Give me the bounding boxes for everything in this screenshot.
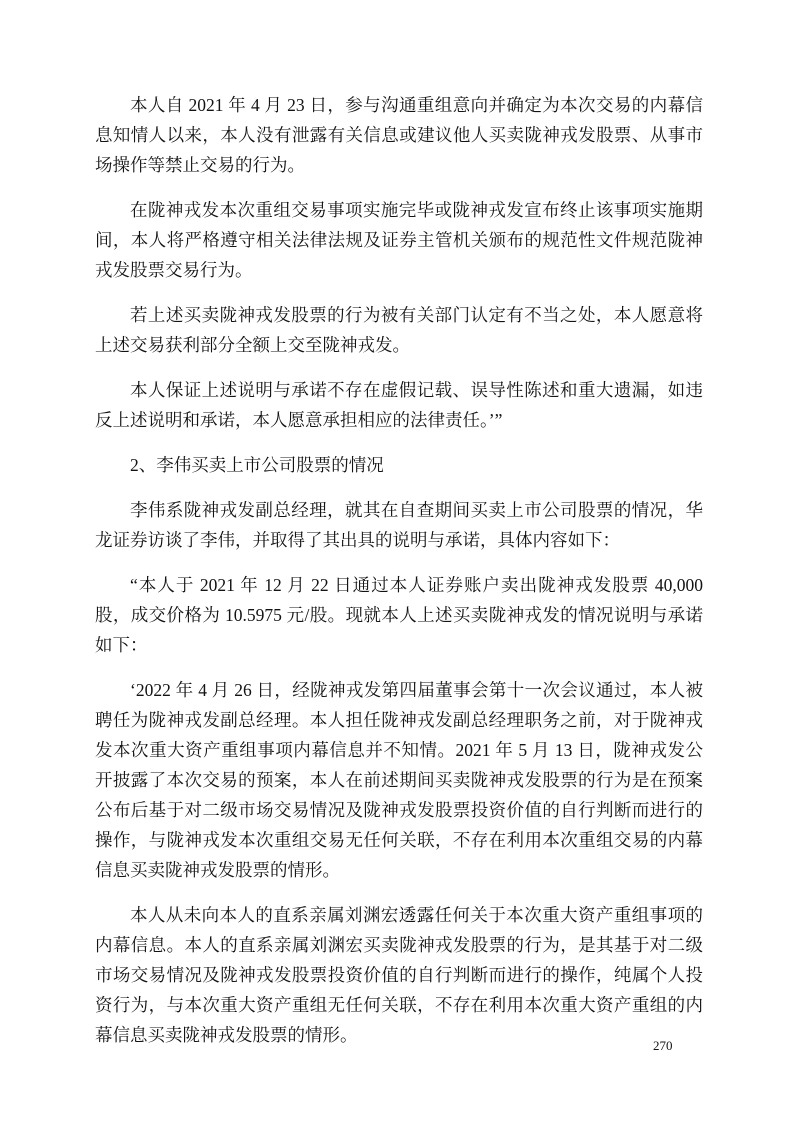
paragraph-liwei-statement-1: ‘2022 年 4 月 26 日，经陇神戎发第四届董事会第十一次会议通过，本人被… [95, 675, 703, 885]
section-heading-liwei: 2、李伟买卖上市公司股票的情况 [95, 450, 703, 480]
paragraph-liwei-statement-2: 本人从未向本人的直系亲属刘渊宏透露任何关于本次重大资产重组事项的内幕信息。本人的… [95, 900, 703, 1050]
paragraph-liwei-trade: “本人于 2021 年 12 月 22 日通过本人证券账户卖出陇神戎发股票 40… [95, 570, 703, 660]
paragraph-liwei-intro: 李伟系陇神戎发副总经理，就其在自查期间买卖上市公司股票的情况，华龙证券访谈了李伟… [95, 495, 703, 555]
paragraph-self-inspection-3: 若上述买卖陇神戎发股票的行为被有关部门认定有不当之处，本人愿意将上述交易获利部分… [95, 300, 703, 360]
paragraph-self-inspection-2: 在陇神戎发本次重组交易事项实施完毕或陇神戎发宣布终止该事项实施期间，本人将严格遵… [95, 195, 703, 285]
document-body: 本人自 2021 年 4 月 23 日，参与沟通重组意向并确定为本次交易的内幕信… [95, 90, 703, 1065]
paragraph-self-inspection-4: 本人保证上述说明与承诺不存在虚假记载、误导性陈述和重大遗漏，如违反上述说明和承诺… [95, 375, 703, 435]
document-page: 本人自 2021 年 4 月 23 日，参与沟通重组意向并确定为本次交易的内幕信… [0, 0, 793, 1122]
page-number: 270 [653, 1037, 673, 1055]
paragraph-self-inspection-1: 本人自 2021 年 4 月 23 日，参与沟通重组意向并确定为本次交易的内幕信… [95, 90, 703, 180]
